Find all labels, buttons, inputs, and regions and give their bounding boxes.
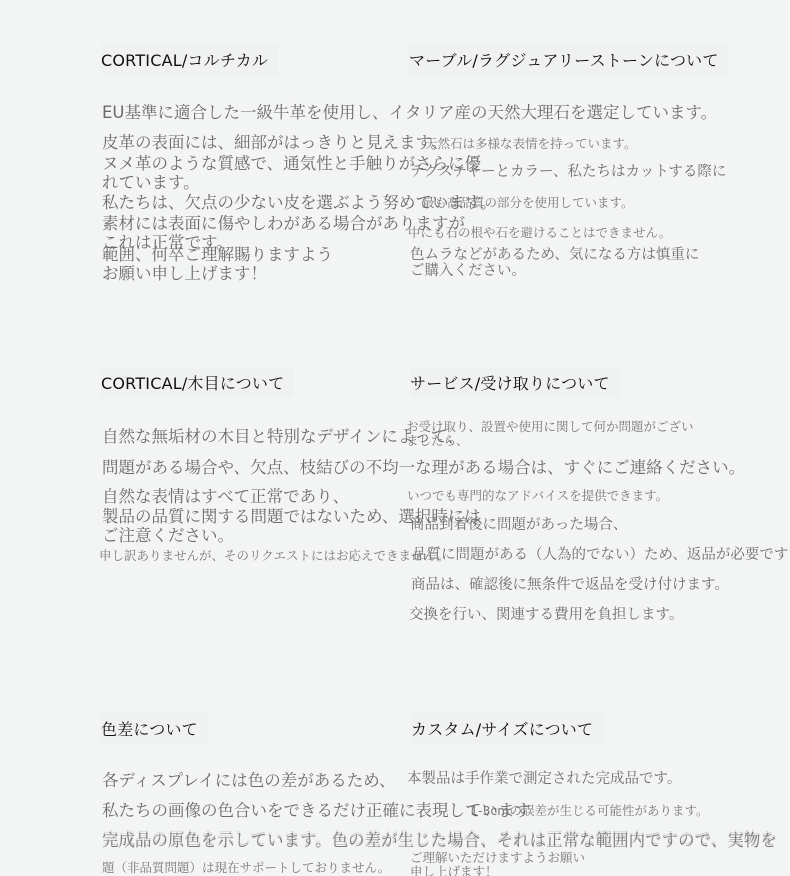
color-line: 題（非品質問題）は現在サポートしておりません。	[102, 860, 390, 875]
marble-line: ご購入ください。	[410, 263, 526, 280]
custom-line: 申し上げます！	[410, 864, 498, 876]
section-title-wood: CORTICAL/木目について	[101, 367, 294, 398]
leather-intro: EU基準に適合した一級牛革を使用し、イタリア産の天然大理石を選定しています。	[102, 103, 717, 122]
service-line: 品質に問題がある（人為的でない）ため、返品が必要です	[412, 547, 788, 564]
wood-line: 申し訳ありませんが、そのリクエストにはお応えできません。	[99, 548, 449, 563]
marble-line: 最も高品質の部分を使用しています。	[422, 195, 634, 210]
wood-line: ご注意ください。	[102, 526, 234, 545]
marble-line: テクスチャーとカラー、私たちはカットする際に	[410, 164, 726, 181]
color-line: 各ディスプレイには色の差があるため、	[102, 771, 396, 790]
marble-line: 中にも石の根や石を避けることはできません。	[408, 225, 671, 240]
service-line: ましたら、	[406, 433, 469, 448]
wood-line: 問題がある場合や、欠点、枝結びの不均一な理がある場合は、すぐにご連絡ください。	[102, 458, 745, 477]
section-title-marble: マーブル/ラグジュアリーストーンについて	[409, 44, 729, 75]
marble-line: 天然石は多様な表情を持っています。	[425, 136, 637, 151]
marble-line: 色ムラなどがあるため、気になる方は慎重に	[410, 247, 699, 264]
custom-line: ご理解いただけますようお願い	[410, 850, 585, 865]
leather-line: れています。	[102, 173, 200, 192]
custom-line: 本製品は手作業で測定された完成品です。	[407, 771, 681, 788]
service-line: 商品到着後に問題があった場合、	[410, 517, 627, 534]
section-title-service: サービス/受け取りについて	[410, 367, 620, 398]
leather-line: お願い申し上げます！	[102, 264, 267, 283]
service-line: 交換を行い、関連する費用を負担します。	[409, 607, 683, 624]
service-line: いつでも専門的なアドバイスを提供できます。	[407, 488, 668, 503]
color-line: 完成品の原色を示しています。色の差が生じた場合、それは正常な範囲内ですので、実物…	[102, 831, 777, 850]
section-title-leather: CORTICAL/コルチカル	[101, 44, 278, 75]
service-line: お受け取り、設置や使用に関して何か問題がござい	[406, 419, 694, 434]
wood-line: 自然な表情はすべて正常であり、	[102, 487, 349, 506]
custom-line: 1-3cmの誤差が生じる可能性があります。	[470, 803, 708, 818]
section-title-color: 色差について	[101, 713, 208, 744]
leather-line: 皮革の表面には、細部がはっきりと見えます。	[102, 133, 447, 152]
section-title-custom: カスタム/サイズについて	[411, 713, 603, 744]
service-line: 商品は、確認後に無条件で返品を受け付けます。	[411, 577, 729, 594]
color-line: 私たちの画像の色合いをできるだけ正確に表現しています	[102, 801, 531, 820]
leather-line: 範囲、何卒ご理解賜りますよう	[102, 245, 333, 264]
